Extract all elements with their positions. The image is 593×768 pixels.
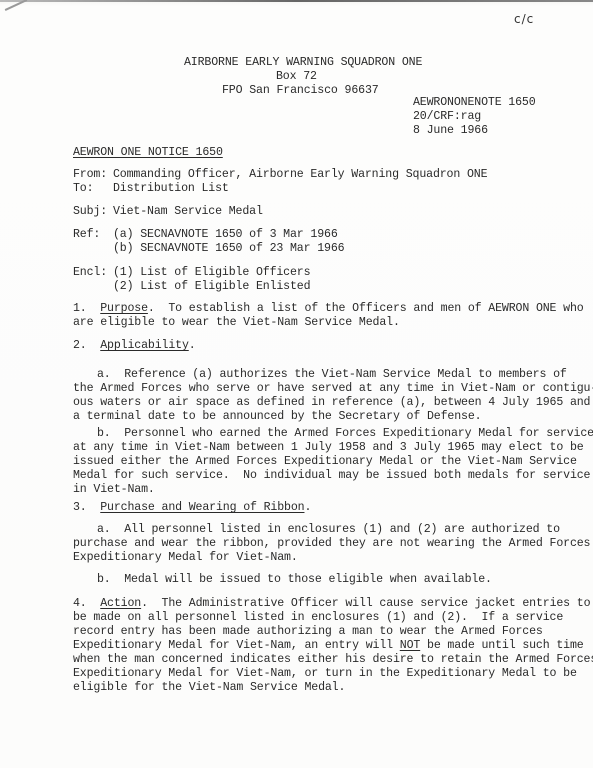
section-2a-line-1: a. Reference (a) authorizes the Viet-Nam… <box>97 367 567 382</box>
section-4-line-7: eligible for the Viet-Nam Service Medal. <box>73 680 345 695</box>
section-2b-line-4: Medal for such service. No individual ma… <box>73 468 590 483</box>
to-label: To: <box>73 181 93 196</box>
section-1-heading: Purpose <box>100 302 148 315</box>
enclosure-1: (1) List of Eligible Officers <box>113 265 310 280</box>
section-2b-line-3: issued either the Armed Forces Expeditio… <box>73 454 577 469</box>
letterhead-unit: AIRBORNE EARLY WARNING SQUADRON ONE <box>184 55 422 70</box>
section-2b-line-1: b. Personnel who earned the Armed Forces… <box>97 426 593 441</box>
ref-date: 8 June 1966 <box>413 123 488 138</box>
subj-label: Subj: <box>73 204 107 219</box>
ref-code: AEWRONONENOTE 1650 <box>413 95 536 110</box>
section-4-line-4: Expeditionary Medal for Viet-Nam, an ent… <box>73 638 584 653</box>
section-2-heading: Applicability <box>100 339 189 352</box>
section-2b-line-5: in Viet-Nam. <box>73 482 155 497</box>
section-4-line-6: Expeditionary Medal for Viet-Nam, or tur… <box>73 666 577 681</box>
encl-label: Encl: <box>73 265 107 280</box>
section-4-line-2: be made on all personnel listed in enclo… <box>73 610 563 625</box>
section-2-heading-line: 2. Applicability. <box>73 338 196 353</box>
notice-title: AEWRON ONE NOTICE 1650 <box>73 145 223 160</box>
section-4-not-emphasis: NOT <box>400 639 420 652</box>
section-2b-line-2: at any time in Viet-Nam between 1 July 1… <box>73 440 584 455</box>
scanned-page: c/c AIRBORNE EARLY WARNING SQUADRON ONE … <box>0 0 593 768</box>
section-2-number: 2. <box>73 339 87 352</box>
section-3a-line-1: a. All personnel listed in enclosures (1… <box>97 522 560 537</box>
section-1-line-1: To establish a list of the Officers and … <box>168 302 583 315</box>
section-4-line-3: record entry has been made authorizing a… <box>73 624 543 639</box>
section-4-not-post: be made until such time <box>420 639 583 652</box>
section-3-number: 3. <box>73 501 87 514</box>
section-3b-line: b. Medal will be issued to those eligibl… <box>97 572 492 587</box>
enclosure-2: (2) List of Eligible Enlisted <box>113 279 310 294</box>
letterhead-address: FPO San Francisco 96637 <box>222 83 379 98</box>
from-label: From: <box>73 167 107 182</box>
section-4-not-pre: Expeditionary Medal for Viet-Nam, an ent… <box>73 639 400 652</box>
section-3-heading-line: 3. Purchase and Wearing of Ribbon. <box>73 500 311 515</box>
to-value: Distribution List <box>113 181 229 196</box>
section-1-paragraph: 1. Purpose. To establish a list of the O… <box>73 301 584 316</box>
scan-edge-line <box>0 0 593 2</box>
section-4-line-1-text: The Administrative Officer will cause se… <box>162 597 591 610</box>
section-2a-line-3: ous waters or air space as defined in re… <box>73 395 590 410</box>
reference-b: (b) SECNAVNOTE 1650 of 23 Mar 1966 <box>113 241 344 256</box>
handwritten-note: c/c <box>514 12 534 26</box>
letterhead-box: Box 72 <box>276 69 317 84</box>
section-4-heading: Action <box>100 597 141 610</box>
subj-value: Viet-Nam Service Medal <box>113 204 263 219</box>
section-1-number: 1. <box>73 302 87 315</box>
from-value: Commanding Officer, Airborne Early Warni… <box>113 167 487 182</box>
section-1-line-2: are eligible to wear the Viet-Nam Servic… <box>73 315 400 330</box>
section-3a-line-3: Expeditionary Medal for Viet-Nam. <box>73 550 298 565</box>
section-2a-line-4: a terminal date to be announced by the S… <box>73 409 481 424</box>
section-3a-line-2: purchase and wear the ribbon, provided t… <box>73 536 590 551</box>
section-4-line-1: 4. Action. The Administrative Officer wi… <box>73 596 590 611</box>
ref-initials: 20/CRF:rag <box>413 109 481 124</box>
section-4-line-5: when the man concerned indicates either … <box>73 652 593 667</box>
section-2a-line-2: the Armed Forces who serve or have serve… <box>73 381 593 396</box>
section-4-number: 4. <box>73 597 87 610</box>
reference-a: (a) SECNAVNOTE 1650 of 3 Mar 1966 <box>113 227 338 242</box>
ref-label: Ref: <box>73 227 100 242</box>
section-3-heading: Purchase and Wearing of Ribbon <box>100 501 304 514</box>
